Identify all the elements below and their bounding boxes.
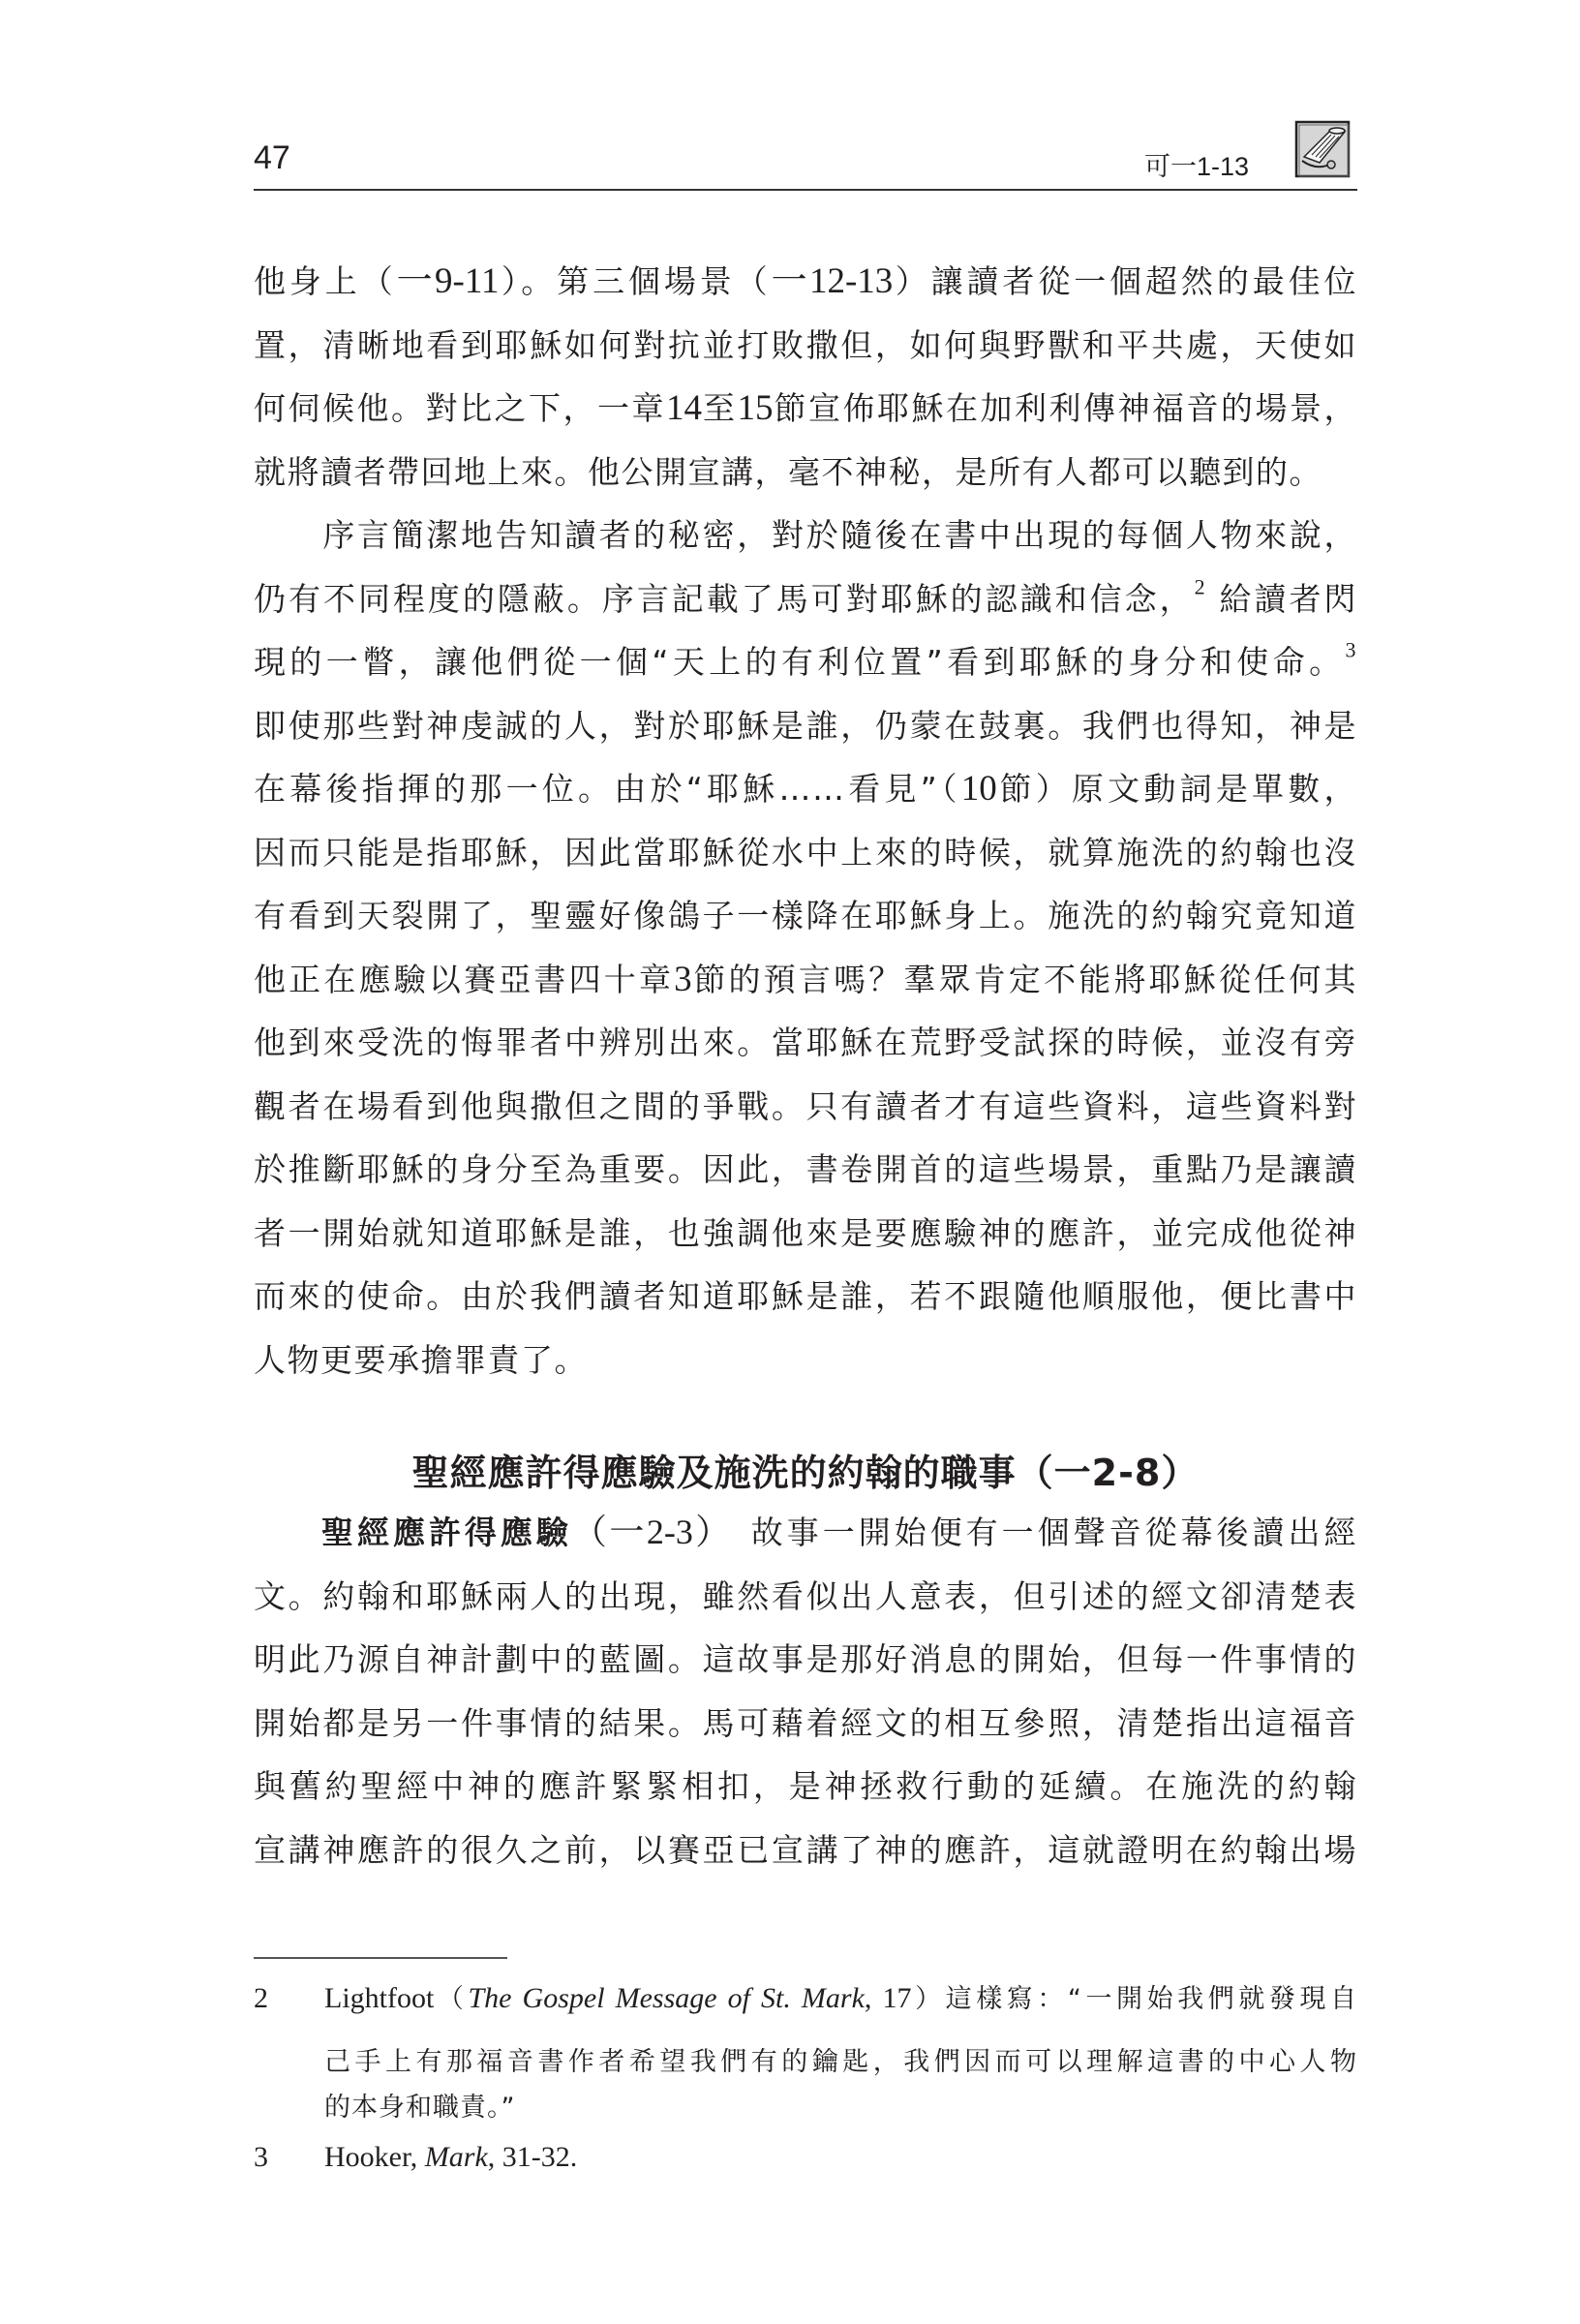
footnote-title: The Gospel Message of St. Mark	[468, 1982, 864, 2014]
footnote-author: Hooker,	[324, 2141, 425, 2173]
text-span: ）讓讀者從一個超然的最佳位	[893, 262, 1357, 300]
text-line: 宣講神應許的很久之前，以賽亞已宣講了神的應許，這就證明在約翰出場	[254, 1819, 1357, 1882]
text-span: 節的預言嗎？羣眾肯定不能將耶穌從任何其	[692, 961, 1357, 998]
verse-ref: 14	[666, 388, 702, 428]
text-span: ）	[912, 1984, 946, 2014]
subheading-ref: （一2-3）	[572, 1513, 715, 1551]
body-text-section: 聖經應許得應驗（一2-3） 故事一開始便有一個聲音從幕後讀出經 文。約翰和耶穌兩…	[254, 1501, 1357, 1881]
text-span: 現的一瞥，讓他們從一個“天上的有利位置”看到耶穌的身分和使命。	[254, 643, 1346, 681]
footnote-line: 的本身和職責。”	[324, 2085, 1357, 2130]
text-line: 置，清晰地看到耶穌如何對抗並打敗撒但，如何與野獸和平共處，天使如	[254, 314, 1357, 378]
running-head: 47 可一1-13	[254, 136, 1357, 186]
text-line: 就將讀者帶回地上來。他公開宣講，毫不神秘，是所有人都可以聽到的。	[254, 441, 1357, 505]
footnote-number: 3	[254, 2134, 269, 2180]
text-span: 何伺候他。對比之下，一章	[254, 389, 666, 427]
text-line: 文。約翰和耶穌兩人的出現，雖然看似出人意表，但引述的經文卻清楚表	[254, 1565, 1357, 1629]
footnote-number: 2	[254, 1975, 269, 2021]
text-line: 者一開始就知道耶穌是誰，也強調他來是要應驗神的應許，並完成他從神	[254, 1202, 1357, 1266]
subheading: 聖經應許得應驗	[321, 1514, 572, 1551]
text-span: 他身上（	[254, 262, 397, 300]
text-line: 與舊約聖經中神的應許緊緊相扣，是神拯救行動的延續。在施洗的約翰	[254, 1755, 1357, 1819]
footnote-ref-3[interactable]: 3	[1346, 638, 1358, 662]
scroll-icon	[1292, 118, 1352, 180]
text-line: 觀者在場看到他與撒但之間的爭戰。只有讀者才有這些資料，這些資料對	[254, 1075, 1357, 1139]
text-line: 因而只能是指耶穌，因此當耶穌從水中上來的時候，就算施洗的約翰也沒	[254, 821, 1357, 885]
page-number: 47	[254, 139, 290, 177]
verse-ref: 一12-13	[772, 261, 894, 301]
text-line: 明此乃源自神計劃中的藍圖。這故事是那好消息的開始，但每一件事情的	[254, 1628, 1357, 1692]
footnote-2: 2 Lightfoot（The Gospel Message of St. Ma…	[254, 1975, 1357, 2130]
text-span: 他正在應驗以賽亞書四十章	[254, 961, 674, 998]
footnote-ref-2[interactable]: 2	[1195, 574, 1207, 598]
verse-ref: 10	[961, 769, 997, 809]
text-line: 開始都是另一件事情的結果。馬可藉着經文的相互參照，清楚指出這福音	[254, 1692, 1357, 1756]
text-line: 人物更要承擔罪責了。	[254, 1329, 1357, 1392]
text-line: 他正在應驗以賽亞書四十章3節的預言嗎？羣眾肯定不能將耶穌從任何其	[254, 948, 1357, 1012]
verse-ref: 一9-11	[397, 261, 500, 301]
footnote-page: , 31-32.	[488, 2141, 578, 2173]
header-rule	[254, 189, 1357, 191]
text-line: 現的一瞥，讓他們從一個“天上的有利位置”看到耶穌的身分和使命。3	[254, 630, 1357, 694]
text-line: 在幕後指揮的那一位。由於“耶穌……看見”（10節）原文動詞是單數，	[254, 757, 1357, 821]
text-line: 他身上（一9-11）。第三個場景（一12-13）讓讀者從一個超然的最佳位	[254, 250, 1357, 314]
text-line: 序言簡潔地告知讀者的秘密，對於隨後在書中出現的每個人物來說，	[254, 504, 1357, 567]
verse-ref: 15	[738, 388, 774, 428]
text-span: 給讀者閃	[1206, 580, 1357, 618]
text-span: 仍有不同程度的隱蔽。序言記載了馬可對耶穌的認識和信念，	[254, 580, 1195, 618]
text-line: 即使那些對神虔誠的人，對於耶穌是誰，仍蒙在鼓裏。我們也得知，神是	[254, 694, 1357, 758]
text-line: 仍有不同程度的隱蔽。序言記載了馬可對耶穌的認識和信念，2 給讀者閃	[254, 567, 1357, 631]
body-text-top: 他身上（一9-11）。第三個場景（一12-13）讓讀者從一個超然的最佳位 置，清…	[254, 250, 1357, 1391]
text-span: 在幕後指揮的那一位。由於“耶穌……看見”（	[254, 770, 961, 808]
footnote-author: Lightfoot	[324, 1982, 434, 2014]
chapter-reference: 可一1-13	[1144, 145, 1249, 183]
text-line: 於推斷耶穌的身分至為重要。因此，書卷開首的這些場景，重點乃是讓讀	[254, 1138, 1357, 1202]
text-line: 而來的使命。由於我們讀者知道耶穌是誰，若不跟隨他順服他，便比書中	[254, 1265, 1357, 1329]
footnote-title: Mark	[425, 2141, 488, 2173]
book-page: 47 可一1-13 他身上（一9-11）。第三個場景（一12-13）讓讀者從一個…	[0, 0, 1580, 2324]
footnotes: 2 Lightfoot（The Gospel Message of St. Ma…	[254, 1975, 1357, 2181]
footnote-page: , 17	[865, 1982, 912, 2014]
section-heading: 聖經應許得應驗及施洗的約翰的職事（一2-8）	[254, 1443, 1357, 1496]
text-span: 節宣佈耶穌在加利利傳神福音的場景，	[774, 389, 1358, 427]
text-line: 何伺候他。對比之下，一章14至15節宣佈耶穌在加利利傳神福音的場景，	[254, 377, 1357, 441]
text-span: （	[434, 1984, 468, 2014]
footnote-line: Lightfoot（The Gospel Message of St. Mark…	[324, 1975, 1357, 2039]
footnote-rule	[254, 1957, 507, 1959]
text-span: 故事一開始便有一個聲音從幕後讀出經	[715, 1514, 1357, 1551]
footnote-line: 己手上有那福音書作者希望我們有的鑰匙，我們因而可以理解這書的中心人物	[324, 2039, 1357, 2085]
text-line: 有看到天裂開了，聖靈好像鴿子一樣降在耶穌身上。施洗的約翰究竟知道	[254, 884, 1357, 948]
footnote-line: Hooker, Mark, 31-32.	[324, 2134, 1357, 2181]
text-line: 聖經應許得應驗（一2-3） 故事一開始便有一個聲音從幕後讀出經	[254, 1501, 1357, 1565]
text-span: 這樣寫：“一開始我們就發現自	[946, 1984, 1357, 2014]
text-span: 至	[702, 389, 738, 427]
text-line: 他到來受洗的悔罪者中辨別出來。當耶穌在荒野受試探的時候，並沒有旁	[254, 1011, 1357, 1075]
footnote-3: 3 Hooker, Mark, 31-32.	[254, 2134, 1357, 2181]
verse-ref: 3	[674, 960, 692, 999]
text-span: ）。第三個場景（	[499, 262, 771, 300]
text-span: 節）原文動詞是單數，	[997, 770, 1357, 808]
